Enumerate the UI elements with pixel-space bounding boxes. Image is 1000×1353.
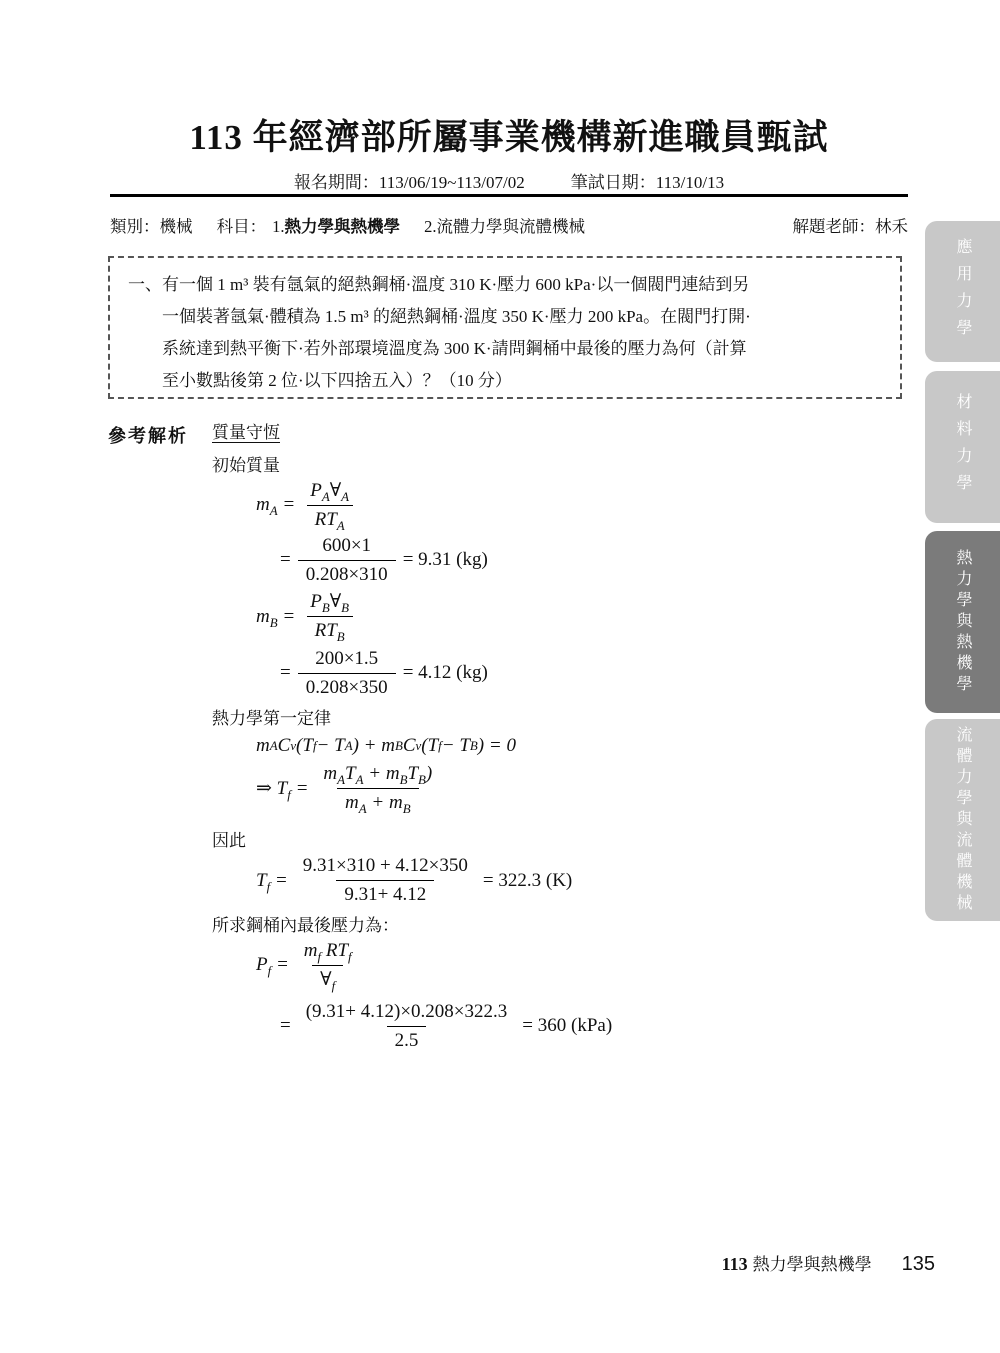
equation-mB-value-numerator: 200×1.5: [307, 648, 386, 673]
problem-box: 一、有一個 1 m³ 裝有氬氣的絕熱鋼桶·溫度 310 K·壓力 600 kPa…: [108, 256, 902, 399]
page-footer: 113 熱力學與熱機學 135: [110, 1250, 935, 1276]
equation-Tf-value: Tf = 9.31×310 + 4.12×350 9.31+ 4.12 = 32…: [256, 855, 812, 906]
equation-first-law: mACv(Tf − TA) + mBCv(Tf − TB) = 0: [256, 735, 812, 757]
footer-year: 113: [722, 1254, 748, 1275]
equation-Pf-value-denominator: 2.5: [387, 1026, 427, 1052]
equation-Pf: Pf = mf RTf ∀f: [256, 940, 812, 991]
document-page: 113 年經濟部所屬事業機構新進職員甄試 報名期間：113/06/19~113/…: [0, 0, 1000, 1353]
equation-mB-value: = 200×1.5 0.208×350 = 4.12 (kg): [280, 648, 812, 699]
solution-label: 參考解析: [108, 422, 188, 448]
equation-mB: mB = PB∀B RTB: [256, 591, 812, 642]
problem-line: 系統達到熱平衡下·若外部環境溫度為 300 K·請問鋼桶中最後的壓力為何（計算: [162, 333, 886, 365]
teacher-label: 解題老師：林禾: [793, 213, 909, 237]
equation-mA-value-result: = 9.31 (kg): [403, 549, 488, 571]
heading-final-pressure: 所求鋼桶內最後壓力為：: [212, 914, 812, 938]
problem-line: 一、有一個 1 m³ 裝有氬氣的絕熱鋼桶·溫度 310 K·壓力 600 kPa…: [162, 269, 886, 301]
equation-Pf-value: = (9.31+ 4.12)×0.208×322.3 2.5 = 360 (kP…: [280, 1001, 812, 1052]
dates-row: 報名期間：113/06/19~113/07/02 筆試日期：113/10/13: [110, 168, 908, 193]
equation-mA-lhs: mA =: [256, 494, 295, 516]
equation-Tf-value-denominator: 9.31+ 4.12: [336, 880, 434, 906]
footer-subject: 熱力學與熱機學: [753, 1250, 872, 1275]
footer-page-number: 135: [902, 1253, 935, 1276]
equation-mB-fraction: PB∀B RTB: [302, 591, 357, 642]
registration-period: 報名期間：113/06/19~113/07/02: [294, 168, 525, 193]
equation-mA-value-lhs: =: [280, 549, 291, 571]
equation-mB-denominator: RTB: [307, 616, 353, 642]
equation-mA-value-denominator: 0.208×310: [298, 560, 396, 586]
equation-mA: mA = PA∀A RTA: [256, 480, 812, 531]
equation-Pf-value-lhs: =: [280, 1015, 291, 1037]
problem-line: 至小數點後第 2 位·以下四捨五入）？（10 分）: [162, 365, 886, 397]
equation-Tf-value-numerator: 9.31×310 + 4.12×350: [295, 855, 476, 880]
subject-label: 科目：: [217, 217, 267, 236]
header-rule: [110, 194, 908, 197]
subject1-name: 熱力學與熱機學: [285, 217, 401, 236]
tab-fluid-mechanics-label: 流體力學與流體機械: [951, 726, 974, 915]
equation-Tf-denominator: mA + mB: [337, 788, 419, 814]
equation-Tf: ⇒ Tf = mATA + mBTB) mA + mB: [256, 763, 812, 814]
heading-first-law: 熱力學第一定律: [212, 707, 812, 731]
equation-mB-value-denominator: 0.208×350: [298, 673, 396, 699]
subject1-number: 1.: [272, 217, 284, 236]
tab-applied-mechanics: 應用力學: [925, 221, 1000, 362]
equation-Tf-value-lhs: Tf =: [256, 870, 288, 892]
category-subject-line: 類別：機械 科目：1.熱力學與熱機學 2.流體力學與流體機械: [110, 213, 591, 237]
equation-Tf-numerator: mATA + mBTB): [315, 763, 440, 788]
equation-mA-value-numerator: 600×1: [314, 535, 379, 560]
equation-Pf-value-numerator: (9.31+ 4.12)×0.208×322.3: [298, 1001, 516, 1026]
equation-Pf-numerator: mf RTf: [296, 940, 360, 965]
tab-thermodynamics-label: 熱力學與熱機學: [951, 549, 974, 696]
meta-row: 類別：機械 科目：1.熱力學與熱機學 2.流體力學與流體機械 解題老師：林禾: [110, 213, 908, 237]
tab-mechanics-of-materials: 材料力學: [925, 371, 1000, 523]
equation-Tf-lhs: ⇒ Tf =: [256, 777, 308, 800]
problem-line: 一個裝著氬氣·體積為 1.5 m³ 的絕熱鋼桶·溫度 350 K·壓力 200 …: [162, 301, 886, 333]
heading-therefore: 因此: [212, 829, 812, 853]
exam-date: 筆試日期：113/10/13: [571, 168, 724, 193]
equation-mA-value: = 600×1 0.208×310 = 9.31 (kg): [280, 535, 812, 586]
tab-mechanics-of-materials-label: 材料力學: [951, 393, 974, 501]
heading-mass-conservation: 質量守恆: [212, 421, 812, 445]
equation-mA-value-fraction: 600×1 0.208×310: [298, 535, 396, 586]
equation-mB-lhs: mB =: [256, 606, 295, 628]
heading-initial-mass: 初始質量: [212, 454, 812, 478]
tab-thermodynamics-active: 熱力學與熱機學: [925, 531, 1000, 713]
equation-Pf-lhs: Pf =: [256, 954, 289, 976]
equation-Pf-value-result: = 360 (kPa): [522, 1015, 612, 1037]
equation-Pf-value-fraction: (9.31+ 4.12)×0.208×322.3 2.5: [298, 1001, 516, 1052]
category-label: 類別：機械: [110, 217, 193, 236]
equation-Pf-fraction: mf RTf ∀f: [296, 940, 360, 991]
equation-mB-numerator: PB∀B: [302, 591, 357, 616]
solution-body: 質量守恆 初始質量 mA = PA∀A RTA = 600×1 0.208×31…: [212, 421, 812, 1052]
document-title: 113 年經濟部所屬事業機構新進職員甄試: [110, 110, 908, 160]
tab-applied-mechanics-label: 應用力學: [951, 238, 974, 346]
equation-Pf-denominator: ∀f: [312, 965, 343, 991]
equation-Tf-value-result: = 322.3 (K): [483, 870, 572, 892]
equation-Tf-value-fraction: 9.31×310 + 4.12×350 9.31+ 4.12: [295, 855, 476, 906]
problem-text: 一、有一個 1 m³ 裝有氬氣的絕熱鋼桶·溫度 310 K·壓力 600 kPa…: [128, 269, 886, 397]
subject2-number: 2.: [424, 217, 436, 236]
equation-mA-numerator: PA∀A: [302, 480, 357, 505]
equation-mA-fraction: PA∀A RTA: [302, 480, 357, 531]
equation-mB-value-fraction: 200×1.5 0.208×350: [298, 648, 396, 699]
tab-fluid-mechanics: 流體力學與流體機械: [925, 719, 1000, 921]
subject2-name: 流體力學與流體機械: [437, 217, 586, 236]
equation-Tf-fraction: mATA + mBTB) mA + mB: [315, 763, 440, 814]
equation-mB-value-result: = 4.12 (kg): [403, 662, 488, 684]
equation-mB-value-lhs: =: [280, 662, 291, 684]
equation-mA-denominator: RTA: [307, 505, 353, 531]
